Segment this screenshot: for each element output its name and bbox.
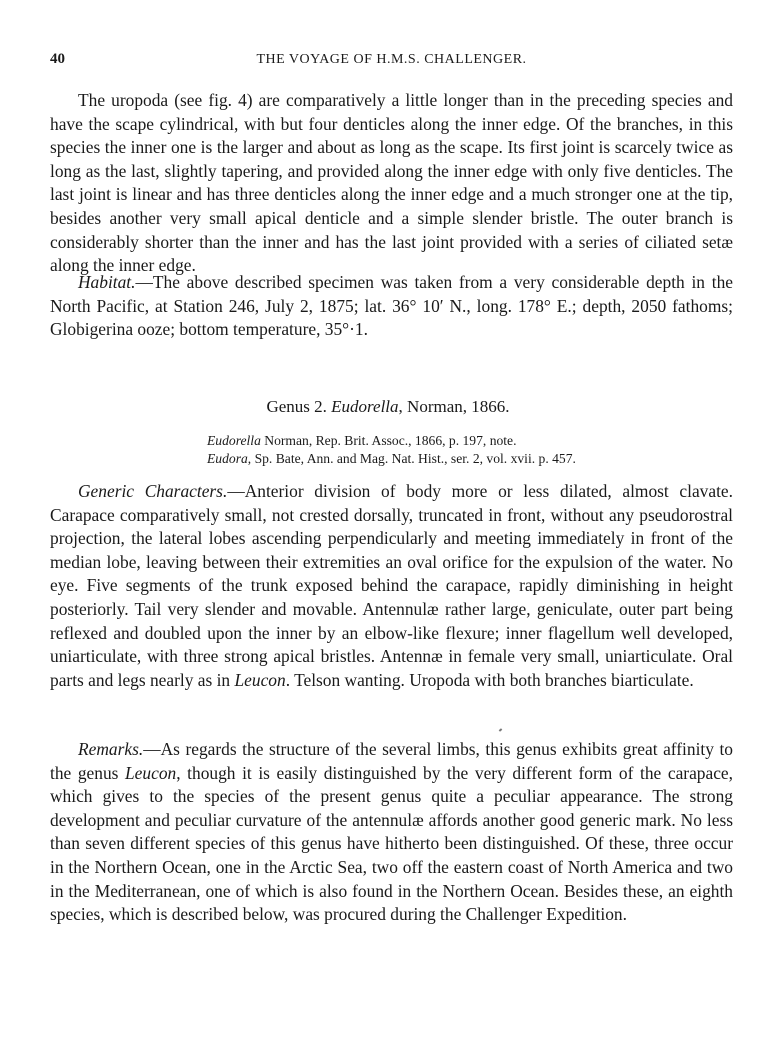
uropoda-paragraph: The uropoda (see fig. 4) are comparative… (50, 89, 733, 278)
remarks-section: Remarks.—As regards the structure of the… (50, 738, 733, 927)
genus-heading: Genus 2. Eudorella, Norman, 1866. (0, 397, 776, 417)
generic-characters-paragraph: Generic Characters.—Anterior division of… (50, 480, 733, 692)
leucon-italic: Leucon (234, 670, 285, 690)
generic-characters-section: Generic Characters.—Anterior division of… (50, 480, 733, 692)
remarks-paragraph: Remarks.—As regards the structure of the… (50, 738, 733, 927)
book-page: 40 THE VOYAGE OF H.M.S. CHALLENGER. The … (0, 0, 776, 1050)
running-head: 40 THE VOYAGE OF H.M.S. CHALLENGER. (50, 51, 733, 73)
remarks-label: Remarks. (78, 739, 143, 759)
uropoda-section: The uropoda (see fig. 4) are comparative… (50, 89, 733, 278)
habitat-label: Habitat. (78, 272, 136, 292)
stray-print-mark (499, 728, 503, 731)
generic-characters-label: Generic Characters. (78, 481, 227, 501)
generic-characters-text: —Anterior division of body more or less … (50, 481, 733, 690)
synonym-name: Eudora (207, 451, 248, 466)
genus-name: Eudorella (331, 397, 398, 416)
generic-characters-text-end: . Telson wanting. Uropoda with both bran… (286, 670, 694, 690)
habitat-text: —The above described specimen was taken … (50, 272, 733, 339)
synonym-citation: Norman, Rep. Brit. Assoc., 1866, p. 197,… (261, 433, 517, 448)
remarks-text-end: , though it is easily distinguished by t… (50, 763, 733, 925)
synonym-citation: , Sp. Bate, Ann. and Mag. Nat. Hist., se… (248, 451, 576, 466)
synonymy-entry: Eudora, Sp. Bate, Ann. and Mag. Nat. His… (207, 450, 576, 468)
leucon-italic: Leucon (125, 763, 176, 783)
synonymy-list: Eudorella Norman, Rep. Brit. Assoc., 186… (207, 432, 576, 468)
running-title: THE VOYAGE OF H.M.S. CHALLENGER. (50, 52, 733, 68)
habitat-paragraph: Habitat.—The above described specimen wa… (50, 271, 733, 342)
genus-suffix: , Norman, 1866. (399, 397, 510, 416)
synonymy-entry: Eudorella Norman, Rep. Brit. Assoc., 186… (207, 432, 576, 450)
synonym-name: Eudorella (207, 433, 261, 448)
habitat-section: Habitat.—The above described specimen wa… (50, 271, 733, 342)
genus-prefix: Genus 2. (266, 397, 331, 416)
